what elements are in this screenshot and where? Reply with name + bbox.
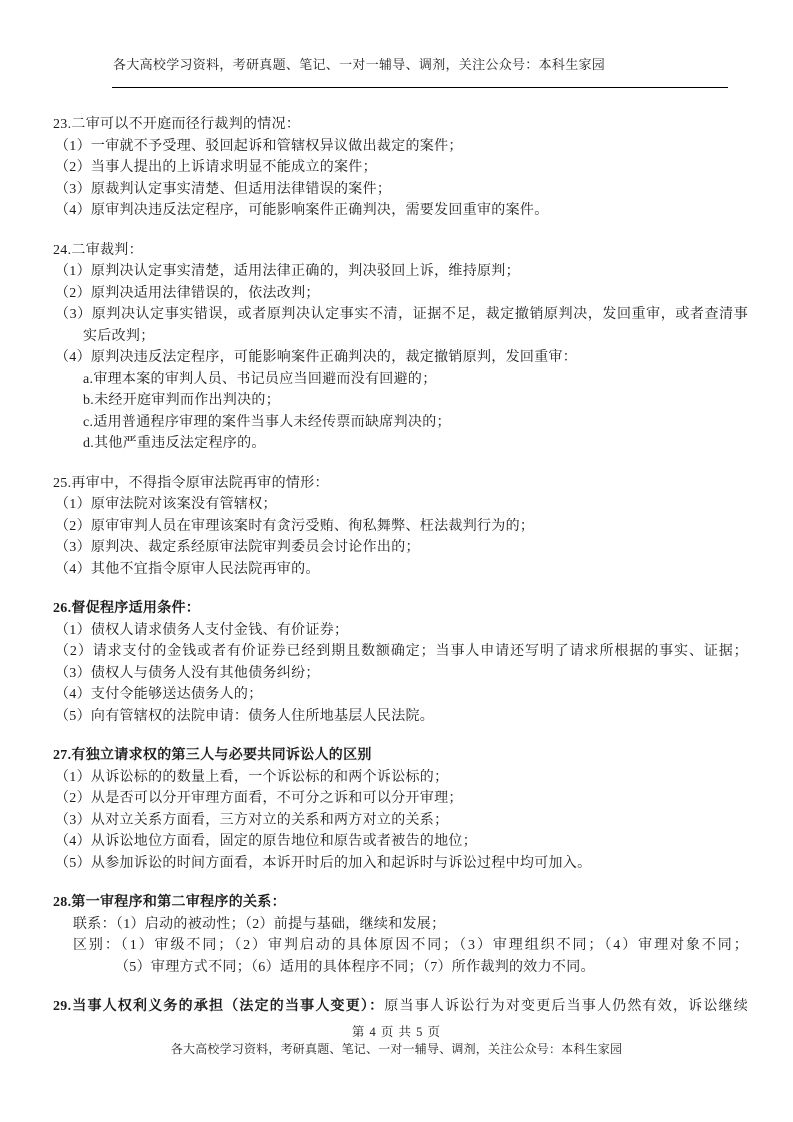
content-line: （1）从诉讼标的的数量上看，一个诉讼标的和两个诉讼标的； [83,767,748,789]
section-heading: 23.二审可以不开庭而径行裁判的情况： [53,114,748,136]
section-heading: 26.督促程序适用条件： [53,598,748,620]
section: 23.二审可以不开庭而径行裁判的情况：（1）一审就不予受理、驳回起诉和管辖权异议… [53,114,748,222]
content-line: （4）原审判决违反法定程序，可能影响案件正确判决，需要发回重审的案件。 [83,200,748,222]
content-line: （4）其他不宜指令原审人民法院再审的。 [83,559,748,581]
line-lead-bold: 29.当事人权利义务的承担（法定的当事人变更）： [53,999,384,1014]
line-text: 原当事人诉讼行为对变更后当事人仍然有效，诉讼继续 [384,999,748,1014]
content-line: （3）原裁判认定事实清楚、但适用法律错误的案件； [83,179,748,201]
document-page: 各大高校学习资料，考研真题、笔记、一对一辅导、调剂，关注公众号：本科生家园 23… [0,0,793,1122]
content-line: （3）原判决认定事实错误，或者原判决认定事实不清，证据不足，裁定撤销原判决，发回… [83,304,748,347]
section-heading: 24.二审裁判： [53,240,748,262]
content-line: （2）原判决适用法律错误的，依法改判； [83,283,748,305]
content-line: 29.当事人权利义务的承担（法定的当事人变更）：原当事人诉讼行为对变更后当事人仍… [53,996,748,1018]
content-line: （2）原审审判人员在审理该案时有贪污受贿、徇私舞弊、枉法裁判行为的； [83,516,748,538]
content-line: （4）原判决违反法定程序，可能影响案件正确判决的，裁定撤销原判，发回重审： [83,347,748,369]
section: 28.第一审程序和第二审程序的关系：联系：（1）启动的被动性；（2）前提与基础，… [53,892,748,978]
section: 29.当事人权利义务的承担（法定的当事人变更）：原当事人诉讼行为对变更后当事人仍… [53,996,748,1018]
content-line: （3）从对立关系方面看，三方对立的关系和两方对立的关系； [83,810,748,832]
content-line: （3）原判决、裁定系经原审法院审判委员会讨论作出的； [83,537,748,559]
footer-slogan: 各大高校学习资料，考研真题、笔记、一对一辅导、调剂，关注公众号：本科生家园 [0,1040,793,1057]
content-line: （4）支付令能够送达债务人的； [83,684,748,706]
section: 26.督促程序适用条件：（1）债权人请求债务人支付金钱、有价证券；（2）请求支付… [53,598,748,727]
section: 24.二审裁判：（1）原判决认定事实清楚，适用法律正确的，判决驳回上诉，维持原判… [53,240,748,455]
section-heading: 28.第一审程序和第二审程序的关系： [53,892,748,914]
content-line: b.未经开庭审判而作出判决的； [83,390,748,412]
content-line: （2）请求支付的金钱或者有价证券已经到期且数额确定；当事人申请还写明了请求所根据… [83,641,748,663]
content-line: （1）一审就不予受理、驳回起诉和管辖权异议做出裁定的案件； [83,136,748,158]
section: 27.有独立请求权的第三人与必要共同诉讼人的区别（1）从诉讼标的的数量上看，一个… [53,745,748,874]
section-heading: 27.有独立请求权的第三人与必要共同诉讼人的区别 [53,745,748,767]
content-line: （5）从参加诉讼的时间方面看，本诉开时后的加入和起诉时与诉讼过程中均可加入。 [83,853,748,875]
content-line: （2）从是否可以分开审理方面看，不可分之诉和可以分开审理； [83,788,748,810]
content-line: （1）原判决认定事实清楚，适用法律正确的，判决驳回上诉，维持原判； [83,261,748,283]
content-line: 联系：（1）启动的被动性；（2）前提与基础，继续和发展； [73,914,748,936]
content-line: c.适用普通程序审理的案件当事人未经传票而缺席判决的； [83,412,748,434]
content-line: （1）债权人请求债务人支付金钱、有价证券； [83,620,748,642]
content-line: 区别：（1）审级不同；（2）审判启动的具体原因不同；（3）审理组织不同；（4）审… [73,935,748,957]
header-rule [112,87,728,88]
content-line: （5）审理方式不同；（6）适用的具体程序不同；（7）所作裁判的效力不同。 [115,957,748,979]
document-body: 23.二审可以不开庭而径行裁判的情况：（1）一审就不予受理、驳回起诉和管辖权异议… [53,114,748,1036]
content-line: （2）当事人提出的上诉请求明显不能成立的案件； [83,157,748,179]
content-line: d.其他严重违反法定程序的。 [83,433,748,455]
content-line: （5）向有管辖权的法院申请：债务人住所地基层人民法院。 [83,706,748,728]
section: 25.再审中，不得指令原审法院再审的情形：（1）原审法院对该案没有管辖权；（2）… [53,473,748,581]
header-slogan: 各大高校学习资料，考研真题、笔记、一对一辅导、调剂，关注公众号：本科生家园 [113,54,605,73]
section-heading: 25.再审中，不得指令原审法院再审的情形： [53,473,748,495]
content-line: a.审理本案的审判人员、书记员应当回避而没有回避的； [83,369,748,391]
content-line: （4）从诉讼地位方面看，固定的原告地位和原告或者被告的地位； [83,831,748,853]
footer-page-indicator: 第 4 页 共 5 页 [0,1022,793,1040]
content-line: （3）债权人与债务人没有其他债务纠纷； [83,663,748,685]
content-line: （1）原审法院对该案没有管辖权； [83,494,748,516]
